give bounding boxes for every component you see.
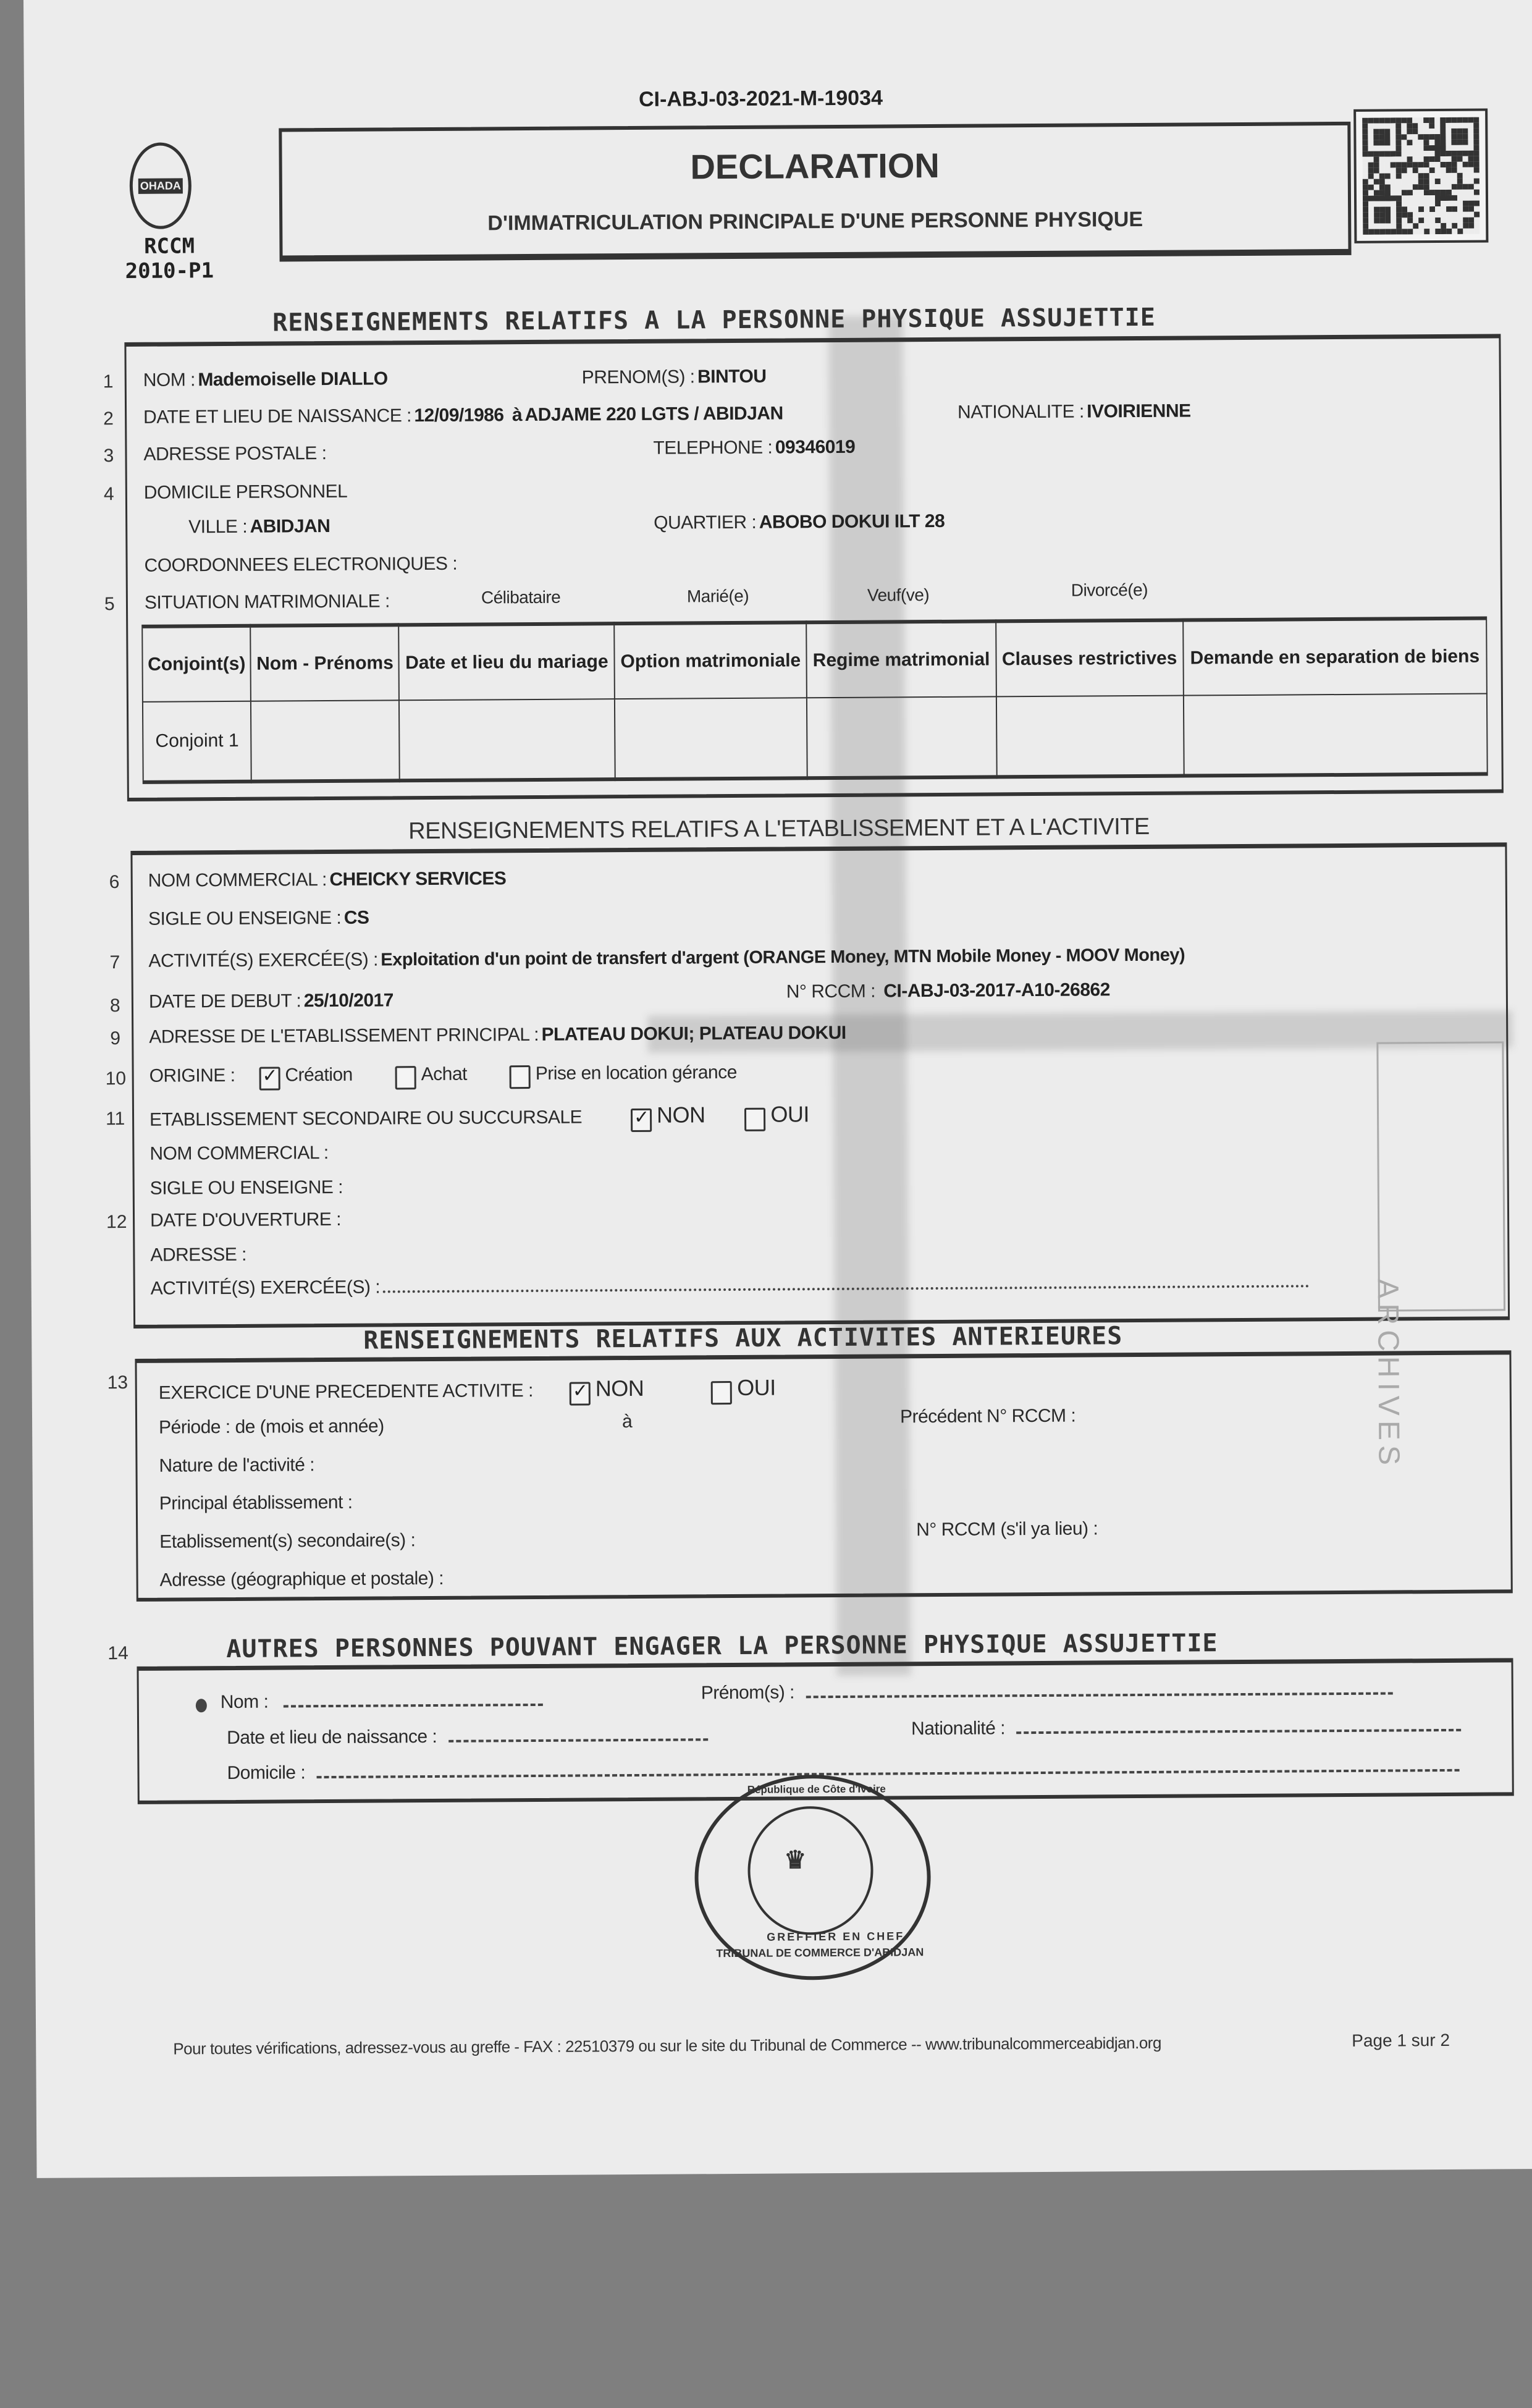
naissance-label: DATE ET LIEU DE NAISSANCE : bbox=[143, 405, 411, 428]
section-title-anterieures: RENSEIGNEMENTS RELATIFS AUX ACTIVITES AN… bbox=[363, 1322, 1122, 1355]
ville-value: ABIDJAN bbox=[250, 516, 330, 537]
spouse-label-cell: Conjoint 1 bbox=[143, 701, 251, 782]
form-code-line1: RCCM bbox=[125, 234, 214, 259]
spouse-cell bbox=[807, 696, 996, 778]
spouse-cell bbox=[615, 698, 807, 779]
autre-prenoms-label: Prénom(s) : bbox=[701, 1682, 794, 1703]
seal-text-top: République de Côte d'Ivoire bbox=[747, 1783, 886, 1796]
rccm-label: N° RCCM : bbox=[786, 981, 875, 1002]
ohada-logo-icon: OHADA bbox=[129, 142, 192, 229]
activite-value: Exploitation d'un point de transfert d'a… bbox=[381, 945, 1185, 970]
section-title-etablissement: RENSEIGNEMENTS RELATIFS A L'ETABLISSEMEN… bbox=[408, 814, 1150, 845]
situation-option[interactable]: Veuf(ve) bbox=[867, 585, 929, 606]
precedent-rccm-label: Précédent N° RCCM : bbox=[900, 1406, 1075, 1427]
page-subtitle: D'IMMATRICULATION PRINCIPALE D'UNE PERSO… bbox=[282, 206, 1348, 237]
row-number: 1 bbox=[103, 371, 114, 392]
nom-value: Mademoiselle DIALLO bbox=[198, 368, 387, 390]
telephone-value: 09346019 bbox=[775, 437, 856, 458]
form-code-line2: 2010-P1 bbox=[125, 258, 214, 284]
logo-text: OHADA bbox=[138, 178, 183, 193]
form-code: RCCM 2010-P1 bbox=[125, 234, 214, 284]
exercice-label: EXERCICE D'UNE PRECEDENTE ACTIVITE : bbox=[159, 1380, 533, 1403]
origine-creation-checkbox[interactable]: Création bbox=[259, 1073, 353, 1084]
seal-inner-ring: ♛ bbox=[747, 1806, 873, 1935]
page-number: Page 1 sur 2 bbox=[1352, 2030, 1450, 2051]
checkbox-checked-icon bbox=[631, 1109, 652, 1132]
seal-text-middle: GREFFIER EN CHEF bbox=[767, 1930, 904, 1943]
section-title-personne: RENSEIGNEMENTS RELATIFS A LA PERSONNE PH… bbox=[272, 303, 1156, 337]
checkbox-empty-icon bbox=[711, 1381, 732, 1405]
rccm-lieu-label: N° RCCM (s'il ya lieu) : bbox=[916, 1518, 1098, 1540]
checkbox-empty-icon bbox=[510, 1065, 531, 1089]
origine-label: ORIGINE : bbox=[149, 1065, 235, 1086]
checkbox-label: Achat bbox=[421, 1064, 467, 1084]
prenoms-label: PRENOM(S) : bbox=[582, 366, 695, 387]
bullet-icon bbox=[196, 1699, 207, 1712]
situation-option[interactable]: Marié(e) bbox=[687, 586, 749, 607]
quartier-value: ABOBO DOKUI ILT 28 bbox=[759, 511, 945, 533]
row-number: 6 bbox=[109, 872, 120, 893]
row-number: 12 bbox=[106, 1212, 127, 1233]
spouse-table-header: Demande en separation de biens bbox=[1183, 619, 1487, 696]
spouse-table-header: Regime matrimonial bbox=[807, 621, 996, 698]
periode-label: Période : de (mois et année) bbox=[159, 1416, 384, 1437]
naissance-lieu: ADJAME 220 LGTS / ABIDJAN bbox=[524, 403, 783, 426]
checkbox-label: NON bbox=[657, 1102, 705, 1127]
situation-label: SITUATION MATRIMONIALE : bbox=[145, 591, 390, 612]
domicile-label: DOMICILE PERSONNEL bbox=[144, 481, 348, 503]
nationalite-label: NATIONALITE : bbox=[958, 402, 1084, 423]
nom-commercial-label: NOM COMMERCIAL : bbox=[148, 869, 327, 891]
exercice-oui-checkbox[interactable]: OUI bbox=[711, 1387, 776, 1398]
nom-label: NOM : bbox=[143, 370, 195, 391]
sec-sigle-label: SIGLE OU ENSEIGNE : bbox=[150, 1177, 343, 1199]
checkbox-label: OUI bbox=[770, 1101, 809, 1126]
spouse-cell bbox=[1184, 694, 1488, 776]
origine-achat-checkbox[interactable]: Achat bbox=[395, 1072, 467, 1083]
autre-domicile-field[interactable] bbox=[317, 1758, 1460, 1778]
date-debut-label: DATE DE DEBUT : bbox=[149, 991, 301, 1012]
secondaire-non-checkbox[interactable]: NON bbox=[631, 1114, 705, 1125]
autre-naissance-label: Date et lieu de naissance : bbox=[227, 1726, 437, 1748]
autre-nom-label: Nom : bbox=[221, 1692, 269, 1712]
row-number: 9 bbox=[110, 1028, 120, 1049]
archives-stamp: ARCHIVES bbox=[1376, 1041, 1505, 1311]
ville-label: VILLE : bbox=[188, 517, 247, 538]
spouse-table-header: Nom - Prénoms bbox=[251, 625, 400, 701]
sigle-value: CS bbox=[344, 908, 369, 928]
sigle-label: SIGLE OU ENSEIGNE : bbox=[148, 908, 341, 929]
adresse-anterieure-label: Adresse (géographique et postale) : bbox=[160, 1568, 444, 1591]
checkbox-label: NON bbox=[596, 1375, 644, 1401]
quartier-label: QUARTIER : bbox=[654, 512, 756, 533]
telephone-label: TELEPHONE : bbox=[653, 437, 772, 458]
row-number: 2 bbox=[103, 408, 114, 429]
row-number: 14 bbox=[107, 1643, 128, 1664]
activite-label: ACTIVITÉ(S) EXERCÉE(S) : bbox=[148, 950, 378, 971]
sec-nom-commercial-label: NOM COMMERCIAL : bbox=[149, 1143, 328, 1164]
checkbox-empty-icon bbox=[395, 1066, 416, 1089]
rccm-value: CI-ABJ-03-2017-A10-26862 bbox=[883, 979, 1110, 1001]
spouse-cell bbox=[996, 696, 1184, 777]
sec-adresse-label: ADRESSE : bbox=[150, 1244, 246, 1265]
row-number: 7 bbox=[109, 952, 120, 973]
footer-note: Pour toutes vérifications, adressez-vous… bbox=[173, 2034, 1161, 2059]
row-number: 8 bbox=[110, 995, 120, 1016]
title-box: DECLARATION D'IMMATRICULATION PRINCIPALE… bbox=[279, 122, 1351, 262]
row-number: 11 bbox=[106, 1109, 125, 1130]
secondaire-oui-checkbox[interactable]: OUI bbox=[744, 1113, 809, 1125]
row-number: 13 bbox=[107, 1372, 128, 1393]
spouse-table-header: Option matrimoniale bbox=[614, 622, 807, 699]
checkbox-label: OUI bbox=[737, 1375, 776, 1400]
document-page: CI-ABJ-03-2021-M-19034 OHADA RCCM 2010-P… bbox=[23, 0, 1532, 2178]
nationalite-value: IVOIRIENNE bbox=[1087, 400, 1191, 421]
reference-number: CI-ABJ-03-2021-M-19034 bbox=[639, 87, 883, 112]
sec-date-ouverture-label: DATE D'OUVERTURE : bbox=[150, 1209, 341, 1231]
autre-nationalite-field[interactable] bbox=[1016, 1718, 1461, 1734]
spouse-table: Conjoint(s)Nom - PrénomsDate et lieu du … bbox=[141, 617, 1488, 784]
page-title: DECLARATION bbox=[282, 143, 1347, 190]
nature-label: Nature de l'activité : bbox=[159, 1455, 314, 1476]
sec-activite-label: ACTIVITÉ(S) EXERCÉE(S) : bbox=[151, 1277, 381, 1299]
autre-domicile-label: Domicile : bbox=[227, 1762, 305, 1783]
periode-separator: à bbox=[622, 1411, 632, 1432]
spouse-table-header: Clauses restrictives bbox=[996, 620, 1184, 697]
spouse-cell bbox=[399, 699, 615, 780]
checkbox-label: Prise en location gérance bbox=[536, 1062, 737, 1084]
naissance-date: 12/09/1986 bbox=[414, 405, 503, 426]
adresse-etab-value: PLATEAU DOKUI; PLATEAU DOKUI bbox=[541, 1023, 846, 1045]
checkbox-checked-icon bbox=[570, 1382, 591, 1405]
checkbox-checked-icon bbox=[259, 1067, 280, 1090]
autre-nom-field[interactable] bbox=[284, 1692, 543, 1708]
situation-option[interactable]: Divorcé(e) bbox=[1071, 580, 1148, 601]
row-number: 5 bbox=[104, 594, 115, 615]
row-number: 10 bbox=[106, 1068, 127, 1089]
table-row: Conjoint 1 bbox=[143, 694, 1488, 782]
coordonnees-label: COORDONNEES ELECTRONIQUES : bbox=[144, 554, 457, 576]
seal-emblem-icon: ♛ bbox=[784, 1846, 806, 1874]
qr-code-icon bbox=[1353, 109, 1488, 243]
spouse-table-header: Conjoint(s) bbox=[142, 626, 251, 702]
secondaire-label: ETABLISSEMENT SECONDAIRE OU SUCCURSALE bbox=[149, 1107, 582, 1130]
spouse-table-header: Date et lieu du mariage bbox=[399, 623, 615, 700]
autre-prenoms-field[interactable] bbox=[806, 1681, 1392, 1699]
nom-commercial-value: CHEICKY SERVICES bbox=[329, 868, 506, 890]
spouse-cell bbox=[251, 700, 400, 781]
tribunal-seal-icon: ♛ République de Côte d'Ivoire GREFFIER E… bbox=[694, 1774, 932, 1980]
autre-naissance-field[interactable] bbox=[448, 1727, 708, 1743]
situation-option[interactable]: Célibataire bbox=[481, 588, 561, 608]
checkbox-empty-icon bbox=[744, 1107, 765, 1131]
autre-nationalite-label: Nationalité : bbox=[911, 1718, 1005, 1739]
sec-activite-line bbox=[383, 1274, 1310, 1293]
secondaires-label: Etablissement(s) secondaire(s) : bbox=[159, 1530, 415, 1552]
adresse-postale-label: ADRESSE POSTALE : bbox=[143, 443, 326, 465]
principal-label: Principal établissement : bbox=[159, 1492, 353, 1514]
origine-location-checkbox[interactable]: Prise en location gérance bbox=[510, 1070, 737, 1082]
row-number: 3 bbox=[103, 446, 114, 467]
prenoms-value: BINTOU bbox=[697, 366, 767, 387]
exercice-non-checkbox[interactable]: NON bbox=[570, 1388, 644, 1399]
naissance-separator: à bbox=[512, 405, 522, 425]
checkbox-label: Création bbox=[285, 1065, 353, 1086]
date-debut-value: 25/10/2017 bbox=[304, 990, 394, 1011]
row-number: 4 bbox=[104, 484, 114, 505]
section-title-autres-personnes: AUTRES PERSONNES POUVANT ENGAGER LA PERS… bbox=[226, 1629, 1218, 1663]
adresse-etab-label: ADRESSE DE L'ETABLISSEMENT PRINCIPAL : bbox=[149, 1024, 539, 1047]
seal-text-bottom: TRIBUNAL DE COMMERCE D'ABIDJAN bbox=[716, 1946, 924, 1960]
